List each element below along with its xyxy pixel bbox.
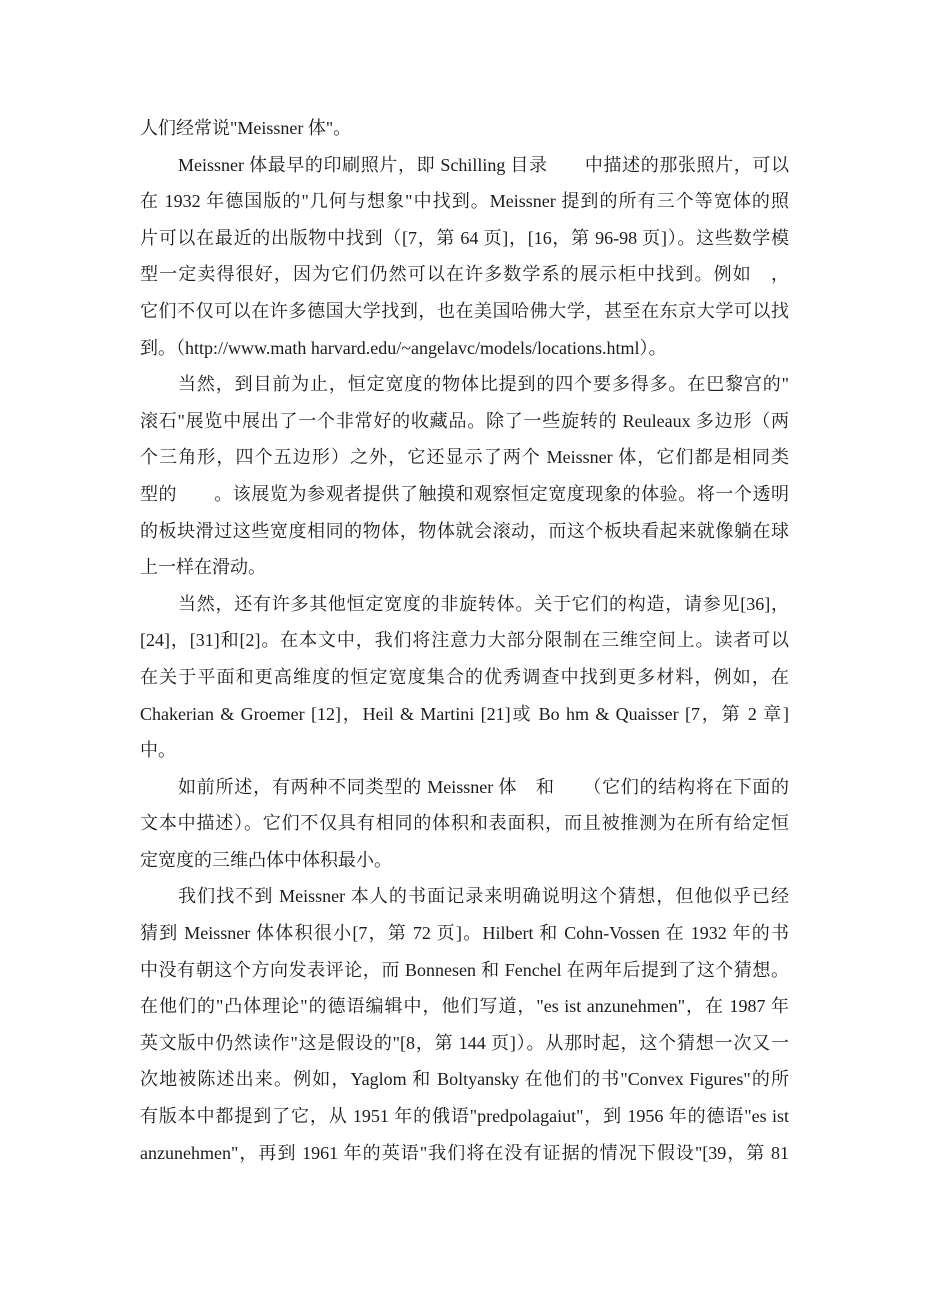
text-line: Chakerian & Groemer [12]，Heil & Martini … [140,696,789,733]
text-line: 人们经常说"Meissner 体"。 [140,110,789,147]
body-text-block: 人们经常说"Meissner 体"。 Meissner 体最早的印刷照片，即 S… [140,110,789,1171]
text-line: 个三角形，四个五边形）之外，它还显示了两个 Meissner 体，它们都是相同类 [140,439,789,476]
text-line: 次地被陈述出来。例如，Yaglom 和 Boltyansky 在他们的书"Con… [140,1061,789,1098]
text-line: 文本中描述）。它们不仅具有相同的体积和表面积，而且被推测为在所有给定恒 [140,805,789,842]
text-line: 在 1932 年德国版的"几何与想象"中找到。Meissner 提到的所有三个等… [140,183,789,220]
text-line: 的板块滑过这些宽度相同的物体，物体就会滚动，而这个板块看起来就像躺在球 [140,513,789,550]
text-line: 有版本中都提到了它，从 1951 年的俄语"predpolagaiut"，到 1… [140,1098,789,1135]
paragraph-start-line: Meissner 体最早的印刷照片，即 Schilling 目录 中描述的那张照… [140,147,789,184]
text-line: [24]，[31]和[2]。在本文中，我们将注意力大部分限制在三维空间上。读者可… [140,622,789,659]
paragraph-end-line: 到。（http://www.math harvard.edu/~angelavc… [140,330,789,367]
paragraph-start-line: 我们找不到 Meissner 本人的书面记录来明确说明这个猜想，但他似乎已经 [140,878,789,915]
text-line: 它们不仅可以在许多德国大学找到，也在美国哈佛大学，甚至在东京大学可以找 [140,293,789,330]
document-page: 人们经常说"Meissner 体"。 Meissner 体最早的印刷照片，即 S… [0,0,926,1309]
paragraph-start-line: 当然，到目前为止，恒定宽度的物体比提到的四个要多得多。在巴黎宫的" [140,366,789,403]
paragraph-start-line: 当然，还有许多其他恒定宽度的非旋转体。关于它们的构造，请参见[36]， [140,586,789,623]
paragraph-start-line: 如前所述，有两种不同类型的 Meissner 体 和 （它们的结构将在下面的 [140,769,789,806]
paragraph-end-line: 定宽度的三维凸体中体积最小。 [140,842,789,879]
text-line: 型一定卖得很好，因为它们仍然可以在许多数学系的展示柜中找到。例如 ， [140,256,789,293]
text-line: 英文版中仍然读作"这是假设的"[8，第 144 页]）。从那时起，这个猜想一次又… [140,1025,789,1062]
text-line: 滚石"展览中展出了一个非常好的收藏品。除了一些旋转的 Reuleaux 多边形（… [140,403,789,440]
paragraph-end-line: 中。 [140,732,789,769]
text-line: 在他们的"凸体理论"的德语编辑中，他们写道，"es ist anzunehmen… [140,988,789,1025]
text-line: anzunehmen"，再到 1961 年的英语"我们将在没有证据的情况下假设"… [140,1135,789,1172]
text-line: 猜到 Meissner 体体积很小[7，第 72 页]。Hilbert 和 Co… [140,915,789,952]
text-line: 在关于平面和更高维度的恒定宽度集合的优秀调查中找到更多材料，例如，在 [140,659,789,696]
text-line: 中没有朝这个方向发表评论，而 Bonnesen 和 Fenchel 在两年后提到… [140,952,789,989]
paragraph-end-line: 上一样在滑动。 [140,549,789,586]
text-line: 片可以在最近的出版物中找到（[7，第 64 页]，[16，第 96-98 页]）… [140,220,789,257]
text-line: 型的 。该展览为参观者提供了触摸和观察恒定宽度现象的体验。将一个透明 [140,476,789,513]
